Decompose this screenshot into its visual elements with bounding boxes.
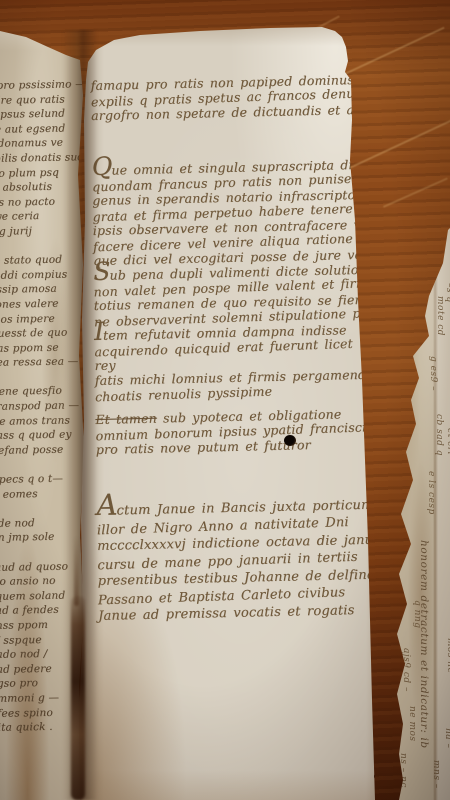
paragraph-que-omnia-clause: Que omnia et singula suprascripta dictus… bbox=[92, 158, 357, 267]
paragraph-fatis-clause: fatis michi lomnius et firmis pergamendc… bbox=[95, 368, 359, 402]
strip-text-fragment: mos he bbox=[445, 638, 450, 674]
fold-damp-stain bbox=[71, 596, 85, 800]
paragraph-actum-clause: Actum Janue in Bancis juxta porticum mag… bbox=[97, 498, 363, 624]
strip-text-fragment: mns – bbox=[431, 760, 441, 789]
paragraph-sub-pena-clause: Sub pena dupli valimenti dicte solutioni… bbox=[93, 263, 358, 327]
wormhole bbox=[284, 435, 296, 446]
main-page-text-block: famapu pro ratis non papiped dominus rfu… bbox=[90, 18, 362, 624]
strip-text-fragment: e ls cesp bbox=[426, 471, 436, 515]
paragraph-item-refutavit-clause: Item refutavit omnia dampna indisseacqui… bbox=[94, 323, 359, 372]
paragraph-obligation-clause: Et tamen sub ypoteca et obligationeomniu… bbox=[95, 407, 360, 456]
struck-through-words: Et tamen bbox=[95, 411, 157, 427]
strip-text-fragment: et cri bbox=[445, 428, 450, 455]
strip-text-fragment: ne mos bbox=[407, 706, 417, 742]
strip-text-fragment: cb sad q bbox=[434, 414, 444, 456]
strip-text-fragment: g es9 – bbox=[428, 356, 438, 391]
strip-text-fragment: –s q bbox=[444, 283, 450, 303]
strip-text-fragment: na – bbox=[443, 728, 450, 749]
strip-vertical-phrase: honorem detractum et indicatur: ib bbox=[418, 540, 430, 749]
calligraphic-initial: A bbox=[96, 488, 117, 522]
main-manuscript-page: famapu pro ratis non papiped dominus rfu… bbox=[70, 20, 382, 800]
paragraph-opening-clause: famapu pro ratis non papiped dominus rfu… bbox=[91, 73, 356, 122]
